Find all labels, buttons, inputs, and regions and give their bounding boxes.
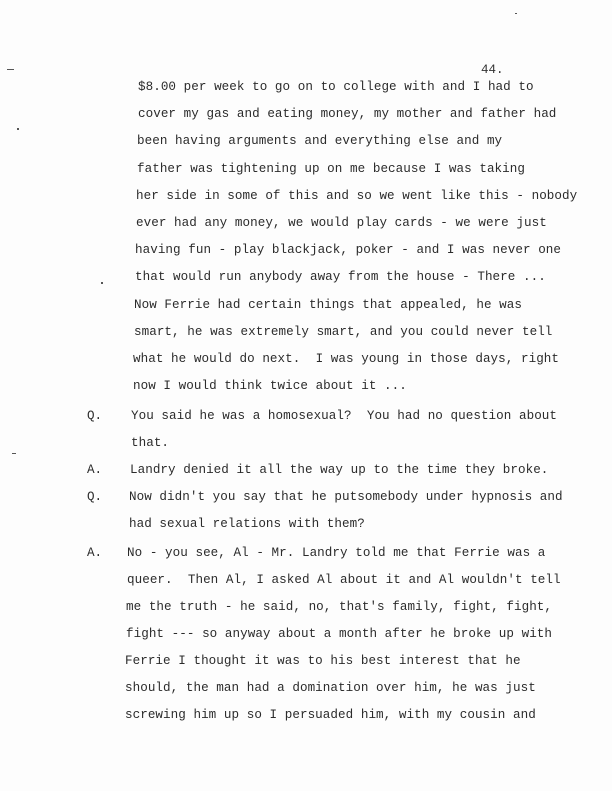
scan-mark: [515, 13, 517, 14]
text-line: cover my gas and eating money, my mother…: [138, 107, 556, 121]
speaker-label: Q.: [87, 409, 102, 423]
text-line: had sexual relations with them?: [129, 517, 365, 531]
text-line: should, the man had a domination over hi…: [125, 681, 536, 695]
scan-mark: [17, 128, 19, 130]
text-line: No - you see, Al - Mr. Landry told me th…: [127, 546, 545, 560]
text-line: You said he was a homosexual? You had no…: [131, 409, 557, 423]
text-line: $8.00 per week to go on to college with …: [138, 80, 534, 94]
text-line: smart, he was extremely smart, and you c…: [134, 325, 552, 339]
text-line: queer. Then Al, I asked Al about it and …: [127, 573, 561, 587]
text-line: Landry denied it all the way up to the t…: [130, 463, 548, 477]
text-line: me the truth - he said, no, that's famil…: [126, 600, 552, 614]
text-line: Now Ferrie had certain things that appea…: [134, 298, 522, 312]
text-line: that would run anybody away from the hou…: [135, 270, 546, 284]
text-line: that.: [131, 436, 169, 450]
text-line: Now didn't you say that he putsomebody u…: [129, 490, 563, 504]
text-line: father was tightening up on me because I…: [137, 162, 525, 176]
speaker-label: A.: [87, 546, 102, 560]
text-line: her side in some of this and so we went …: [136, 189, 577, 203]
scan-mark: [101, 282, 103, 284]
speaker-label: A.: [87, 463, 102, 477]
text-line: what he would do next. I was young in th…: [133, 352, 559, 366]
text-line: Ferrie I thought it was to his best inte…: [125, 654, 521, 668]
speaker-label: Q.: [87, 490, 102, 504]
scan-mark: [7, 69, 14, 70]
page-number: 44.: [481, 63, 504, 77]
document-page: 44. $8.00 per week to go on to college w…: [0, 0, 612, 791]
text-line: ever had any money, we would play cards …: [136, 216, 547, 230]
scan-mark: [12, 453, 16, 454]
text-line: now I would think twice about it ...: [133, 379, 407, 393]
text-line: having fun - play blackjack, poker - and…: [135, 243, 561, 257]
text-line: fight --- so anyway about a month after …: [126, 627, 552, 641]
text-line: screwing him up so I persuaded him, with…: [125, 708, 536, 722]
text-line: been having arguments and everything els…: [137, 134, 502, 148]
